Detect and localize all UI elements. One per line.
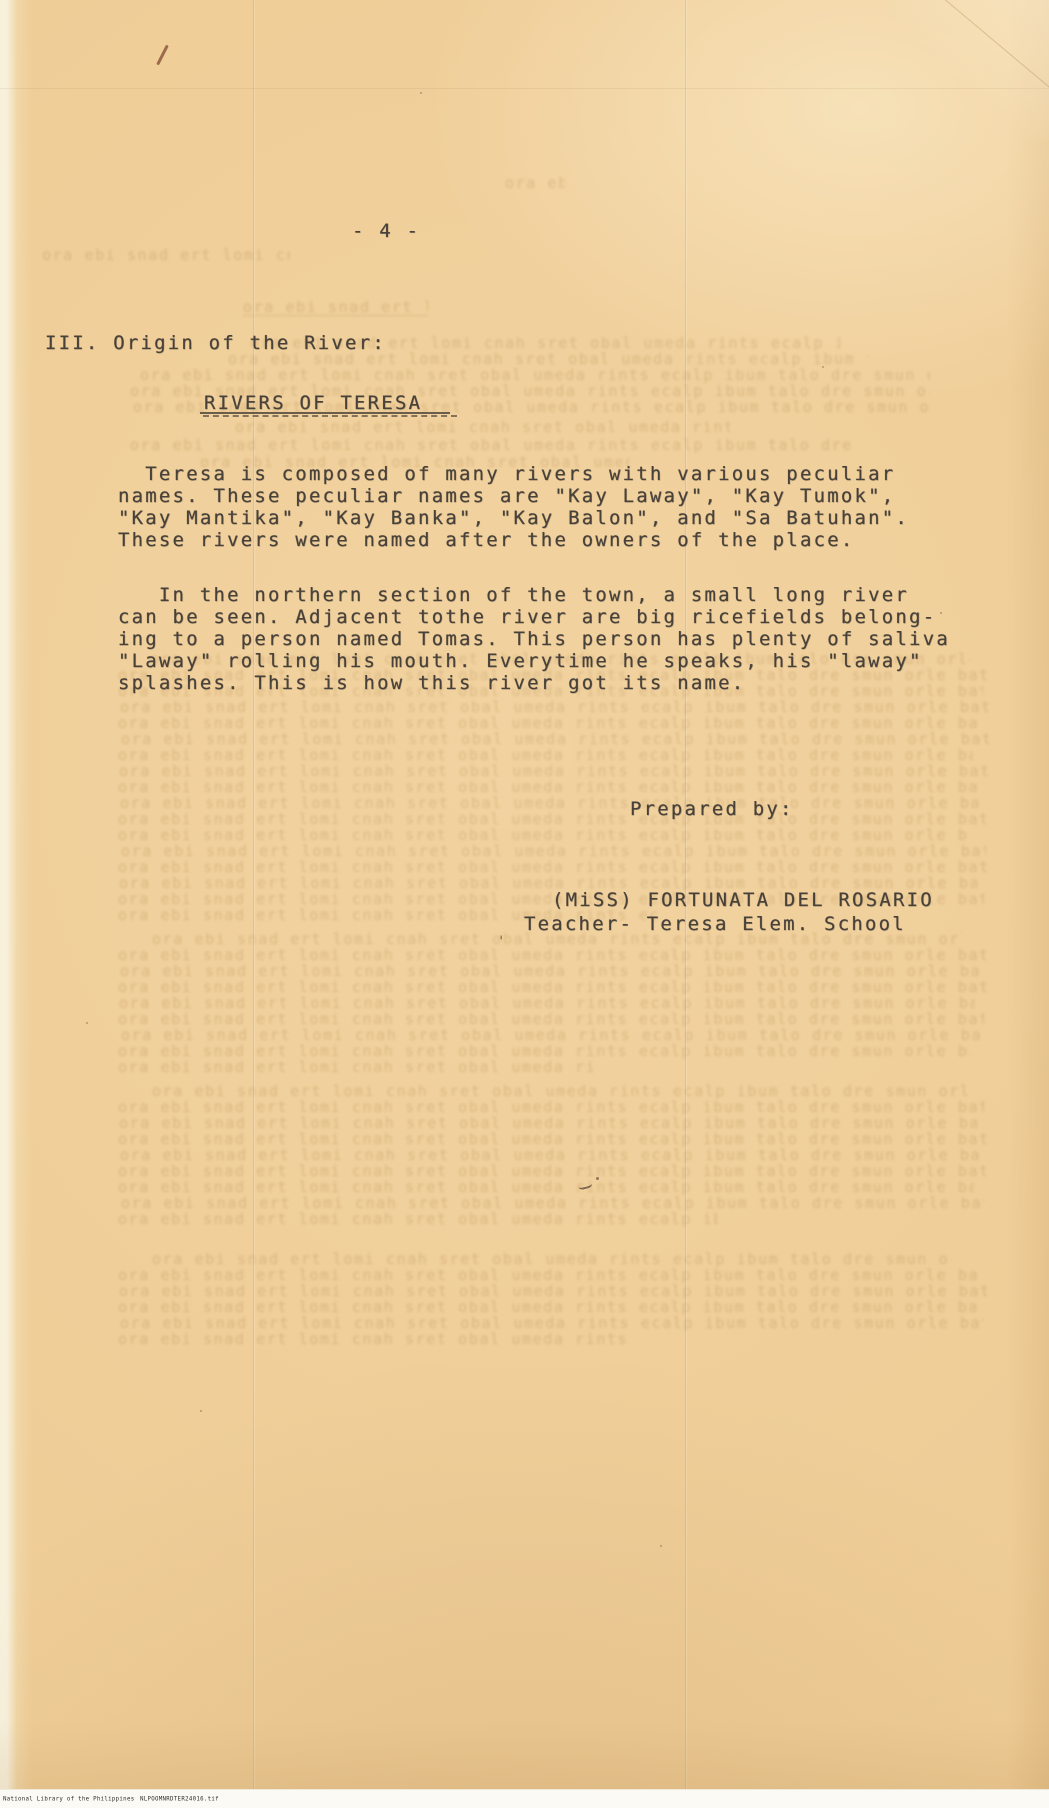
bleedthrough-line: ora ebi snad ert lomi cnah sret obal ume… [121,732,989,747]
bleedthrough-line: ora ebi snad ert lomi cnah sret obal ume… [119,764,989,779]
bleedthrough-line: ora ebi snad ert lomi cnah sret obal ume… [121,844,986,859]
scanner-footer-bar: National Library of the Philippines NLPO… [0,1789,1049,1808]
author-title: Teacher- Teresa Elem. School [524,913,906,935]
bleedthrough-line: ora ebi snad ert lomi cnah sret obal ume… [118,828,968,843]
bleedthrough-line: ora ebi snad ert lomi cnah sret obal ume… [235,420,730,435]
bleedthrough-line: ora ebi snad ert lomi cnah sret obal ume… [118,1044,970,1059]
bleedthrough-line: ora ebi snad ert lomi cnah sret obal ume… [120,700,992,715]
dust-speck [822,366,824,368]
bleedthrough-line: ora ebi snad ert l [243,300,428,316]
bleedthrough-line: ora ebi snad ert lomi cnah sret obal ume… [119,1284,987,1299]
bleedthrough-line: ora ebi snad ert lomi cnah sret obal ume… [152,1084,967,1099]
scanned-page: ora ebora ebi snad ert lomi cnora ebi sn… [0,0,1049,1790]
dust-speck [200,1410,202,1412]
bleedthrough-line: ora ebi snad ert lomi cnah sret obal ume… [121,1028,983,1043]
page-number: - 4 - [352,220,420,242]
bleedthrough-line: ora ebi snad ert lomi cnah sret obal ume… [118,1060,598,1075]
dust-speck [596,1177,599,1180]
bleedthrough-line: ora ebi snad ert lomi cnah sret obal ume… [118,1300,976,1315]
bleedthrough-line: ora ebi snad ert lomi cnah sret obal ume… [228,352,868,367]
title-underline-dashed [203,415,457,417]
bleedthrough-line: ora ebi snad ert lomi cnah sret obal ume… [119,1116,977,1131]
stray-typed-mark: ' [497,934,505,950]
bleedthrough-line: ora ebi snad ert lomi cnah sret obal ume… [118,748,973,763]
bleedthrough-line: ora ebi snad ert lomi cnah sret obal ume… [118,948,986,963]
prepared-by-label: Prepared by: [630,798,794,820]
author-name: (MiSS) FORTUNATA DEL ROSARIO [552,889,934,911]
section-heading: III. Origin of the River: [45,332,386,354]
dust-speck [420,92,422,94]
bleedthrough-line: ora ebi snad ert lomi cnah sret obal ume… [119,996,975,1011]
bleedthrough-line: ora ebi snad ert lomi cnah sret obal ume… [118,1132,988,1147]
bleedthrough-line: ora ebi snad ert lomi cnah sret obal ume… [120,796,978,811]
scan-viewer: { "colors":{ "paper":"#eecb94", "ink":"#… [0,0,1049,1808]
bleedthrough-line: ora ebi snad ert lomi cnah sret obal ume… [118,716,978,731]
bleedthrough-line: ora ebi snad ert lomi cnah sret obal ume… [118,780,980,795]
pen-stroke-mark [156,45,169,66]
bleedthrough-line: ora ebi snad ert lomi cnah sret obal ume… [118,1212,718,1227]
bleedthrough-line: ora ebi snad ert lomi cnah sret obal ume… [152,1252,952,1267]
paragraph-2: In the northern section of the town, a s… [118,584,950,694]
footer-library-text: National Library of the Philippines [3,1795,134,1802]
bleedthrough-line: ora ebi snad ert lomi cnah sret obal ume… [118,1012,984,1027]
bleedthrough-line: ora ebi snad ert lomi cnah sret obal ume… [118,980,988,995]
bleedthrough-line: ora ebi snad ert lomi cnah sret obal ume… [118,1268,980,1283]
bleedthrough-line: ora ebi snad ert lomi cnah sret obal ume… [140,368,930,383]
title-underline [200,412,450,414]
paragraph-1: Teresa is composed of many rivers with v… [118,463,909,551]
bleedthrough-line: ora ebi snad ert lomi cnah sret obal ume… [118,860,990,875]
bleedthrough-line: ora ebi snad ert lomi cnah sret obal ume… [118,812,986,827]
dust-speck [660,1545,662,1547]
footer-filename-text: NLPOOMNRDTER24016.tif [140,1795,219,1802]
bleedthrough-line: ora ebi snad ert lomi cnah sret obal ume… [120,1148,980,1163]
dust-speck [86,1022,88,1024]
bleedthrough-line: ora eb [505,176,565,191]
vertical-crease-line [253,0,254,1790]
bottom-shading [0,1720,1049,1790]
bleedthrough-line: ora ebi snad ert lomi cnah sret obal ume… [118,1164,986,1179]
bleedthrough-line: ora ebi snad ert lomi cnah sret obal ume… [121,1196,985,1211]
bleedthrough-line: ora ebi snad ert lomi cnah sret obal ume… [120,1316,984,1331]
document-title: RIVERS OF TERESA [204,392,422,414]
bleedthrough-line: ora ebi snad ert lomi cnah sret obal ume… [130,438,850,453]
bleedthrough-line: ora ebi snad ert lomi cnah sret obal ume… [118,1180,974,1195]
bleedthrough-line: ora ebi snad ert lomi cnah sret obal ume… [120,964,980,979]
bleedthrough-line: ora ebi snad ert lomi cnah sret obal ume… [118,1100,984,1115]
bleedthrough-line: ora ebi snad ert lomi cnah sret obal ume… [118,1332,638,1347]
